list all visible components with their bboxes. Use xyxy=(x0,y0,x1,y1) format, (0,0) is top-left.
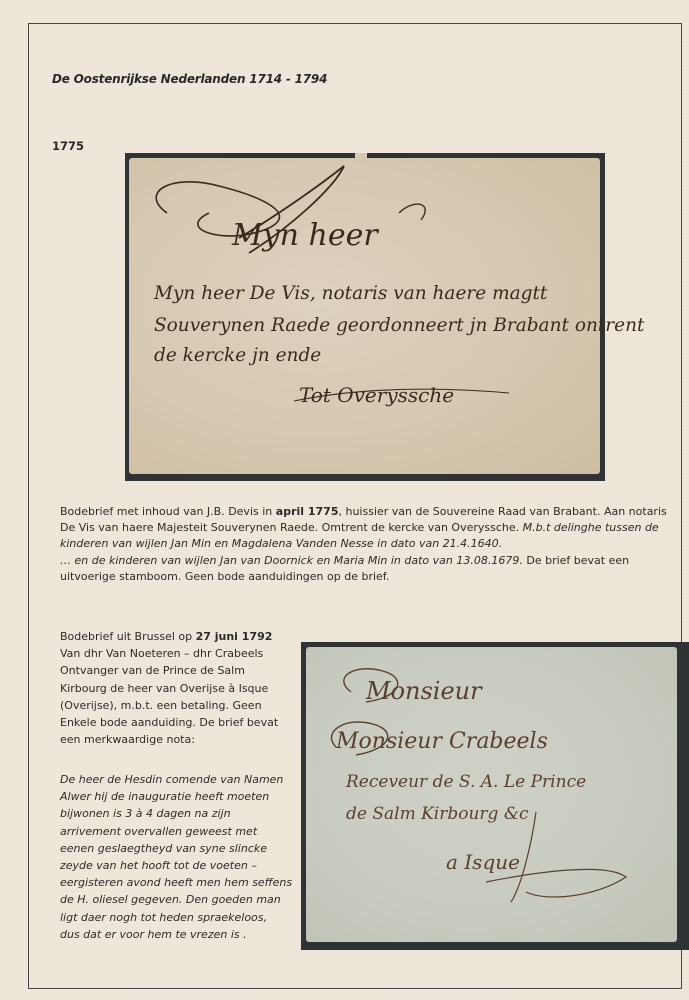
nota-line: eenen geslaegtheyd van syne slincke xyxy=(60,842,267,855)
nota-line: Alwer hij de inauguratie heeft moeten xyxy=(60,790,269,803)
desc2-line: een merkwaardige nota: xyxy=(60,733,195,746)
description-letter-1: Bodebrief met inhoud van J.B. Devis in a… xyxy=(60,504,680,585)
nota-line: dus dat er voor hem te vrezen is . xyxy=(60,928,247,941)
letter-1-address-line: Souverynen Raede geordonneert jn Brabant… xyxy=(154,315,644,336)
desc2-intro: Bodebrief uit Brussel op xyxy=(60,630,196,643)
letter-1-paper: Myn heer Myn heer De Vis, notaris van ha… xyxy=(129,158,600,474)
desc1-date: april 1775 xyxy=(276,505,339,518)
description-letter-2: Bodebrief uit Brussel op 27 juni 1792 Va… xyxy=(60,628,300,748)
nota-line: bijwonen is 3 à 4 dagen na zijn xyxy=(60,807,231,820)
desc2-line: Van dhr Van Noeteren – dhr Crabeels xyxy=(60,647,263,660)
desc2-line: Ontvanger van de Prince de Salm xyxy=(60,664,245,677)
year-label: 1775 xyxy=(52,139,84,153)
letter-2-address-line: Monsieur xyxy=(366,677,482,705)
nota-line: zeyde van het hooft tot de voeten – xyxy=(60,859,257,872)
letter-1-destination: Tot Overyssche xyxy=(299,383,454,407)
letter-2-image: Monsieur Monsieur Crabeels Receveur de S… xyxy=(301,642,689,950)
nota-line: De heer de Hesdin comende van Namen xyxy=(60,773,283,786)
letter-2-address-line: Receveur de S. A. Le Prince xyxy=(346,772,586,792)
nota-line: eergisteren avond heeft men hem seffens xyxy=(60,876,292,889)
desc2-line: Kirbourg de heer van Overijse à Isque xyxy=(60,682,268,695)
letter-1-image: Myn heer Myn heer De Vis, notaris van ha… xyxy=(125,153,605,481)
letter-2-address-line: de Salm Kirbourg &c xyxy=(346,804,528,824)
letter-1-salutation: Myn heer xyxy=(232,218,378,253)
description-nota: De heer de Hesdin comende van Namen Alwe… xyxy=(60,771,300,943)
desc2-date: 27 juni 1792 xyxy=(196,630,273,643)
letter-1-address-line: Myn heer De Vis, notaris van haere magtt xyxy=(154,283,547,304)
desc2-line: (Overijse), m.b.t. een betaling. Geen xyxy=(60,699,262,712)
address-flourish-icon xyxy=(306,647,681,942)
desc2-line: Enkele bode aanduiding. De brief bevat xyxy=(60,716,278,729)
page-title: De Oostenrijkse Nederlanden 1714 - 1794 xyxy=(52,72,327,86)
letter-2-address-line: a Isque xyxy=(446,850,520,874)
letter-1-address-line: de kercke jn ende xyxy=(154,345,321,366)
nota-line: de H. oliesel gegeven. Den goeden man xyxy=(60,893,281,906)
letter-2-paper: Monsieur Monsieur Crabeels Receveur de S… xyxy=(306,647,677,942)
nota-line: arrivement overvallen geweest met xyxy=(60,825,257,838)
desc1-italic: … en de kinderen van wijlen Jan van Door… xyxy=(60,554,523,567)
nota-line: ligt daer nogh tot heden spraekeloos, xyxy=(60,911,267,924)
desc1-text: Bodebrief met inhoud van J.B. Devis in xyxy=(60,505,276,518)
letter-2-address-line: Monsieur Crabeels xyxy=(336,729,548,754)
